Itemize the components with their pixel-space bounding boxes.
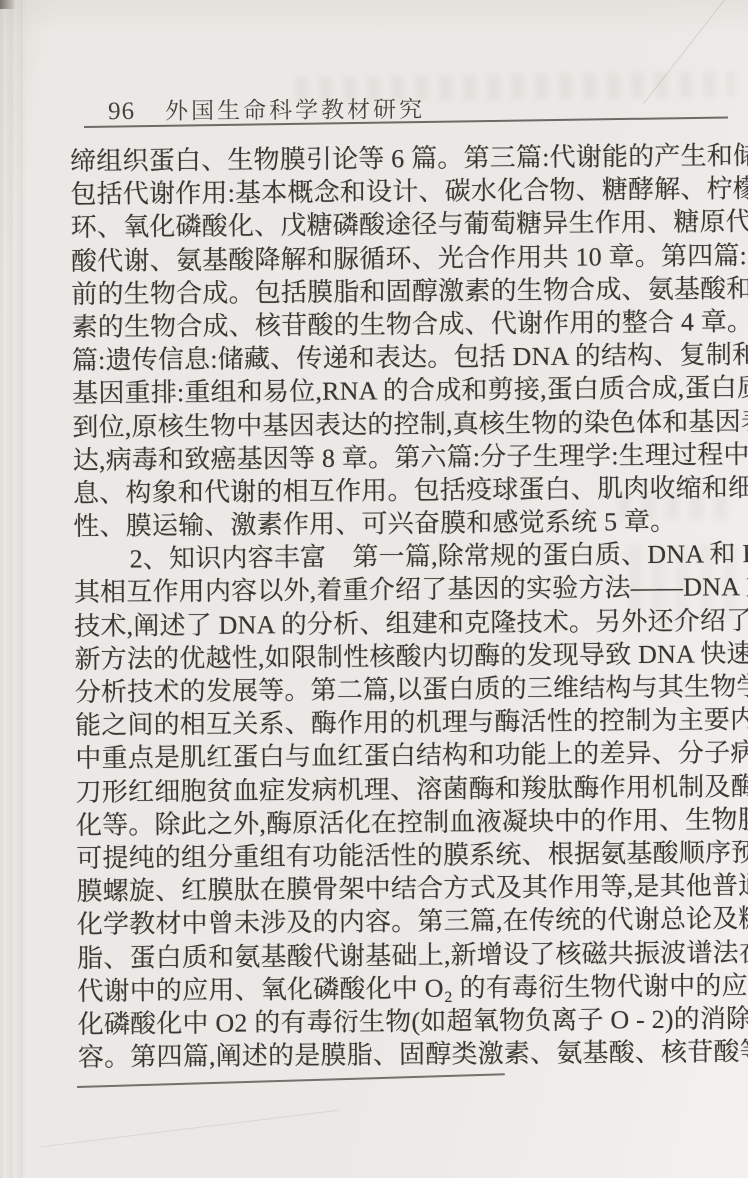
page-number: 96 — [108, 98, 135, 126]
running-title: 外国生命科学教材研究 — [165, 91, 425, 126]
text-line: 前的生物合成。包括膜脂和固醇激素的生物合成、氨基酸和血红 — [71, 272, 717, 311]
text-line: 缔组织蛋白、生物膜引论等 6 篇。第三篇:代谢能的产生和储藏。 — [70, 139, 716, 178]
text-line: 酸代谢、氨基酸降解和脲循环、光合作用共 10 章。第四篇:大分子 — [71, 239, 717, 278]
page-crease-top-right — [643, 0, 736, 104]
text-line: 包括代谢作用:基本概念和设计、碳水化合物、糖酵解、柠檬酸循 — [70, 173, 716, 212]
text-line: 能之间的相互关系、酶作用的机理与酶活性的控制为主要内容,其 — [75, 704, 721, 743]
text-line: 到位,原核生物中基因表达的控制,真核生物的染色体和基因表 — [72, 405, 718, 444]
text-line: 化等。除此之外,酶原活化在控制血液凝块中的作用、生物膜中用 — [76, 803, 722, 842]
page-crease-bottom-left — [41, 1110, 339, 1148]
text-line: 分析技术的发展等。第二篇,以蛋白质的三维结构与其生物学功 — [75, 670, 721, 709]
text-line: 基因重排:重组和易位,RNA 的合成和剪接,蛋白质合成,蛋白质 — [72, 372, 718, 411]
text-line: 化磷酸化中 O2 的有毒衍生物(如超氧物负离子 O - 2)的消除等内 — [78, 1002, 724, 1041]
body-text-block: 缔组织蛋白、生物膜引论等 6 篇。第三篇:代谢能的产生和储藏。包括代谢作用:基本… — [70, 139, 724, 1074]
book-page-scan: 96 外国生命科学教材研究 缔组织蛋白、生物膜引论等 6 篇。第三篇:代谢能的产… — [0, 0, 748, 1178]
text-line: 息、构象和代谢的相互作用。包括疫球蛋白、肌肉收缩和细胞游动 — [73, 471, 719, 510]
text-line: 化学教材中曾未涉及的内容。第三篇,在传统的代谢总论及糖、 — [77, 903, 723, 942]
scan-left-edge-shading — [0, 0, 26, 1178]
text-line: 环、氧化磷酸化、戊糖磷酸途径与葡萄糖异生作用、糖原代谢、脂肪 — [71, 206, 717, 245]
text-line: 代谢中的应用、氧化磷酸化中 O₂ 的有毒衍生物代谢中的应用、氧 — [77, 969, 723, 1008]
text-line: 篇:遗传信息:储藏、传递和表达。包括 DNA 的结构、复制和修复, — [72, 338, 718, 377]
text-line: 中重点是肌红蛋白与血红蛋白结构和功能上的差异、分子病—镰 — [75, 737, 721, 776]
text-line: 技术,阐述了 DNA 的分析、组建和克隆技术。另外还介绍了这些 — [74, 604, 720, 643]
text-line: 达,病毒和致癌基因等 8 章。第六篇:分子生理学:生理过程中信 — [73, 438, 719, 477]
text-line: 刀形红细胞贫血症发病机理、溶菌酶和羧肽酶作用机制及酶原活 — [76, 770, 722, 809]
text-line: 2、知识内容丰富 第一篇,除常规的蛋白质、DNA 和 RNA 及 — [73, 538, 719, 577]
text-line: 容。第四篇,阐述的是膜脂、固醇类激素、氨基酸、核苷酸等的生物 — [78, 1035, 724, 1074]
footnote-rule — [77, 1073, 505, 1088]
text-line: 新方法的优越性,如限制性核酸内切酶的发现导致 DNA 快速顺序 — [74, 637, 720, 676]
text-line: 膜螺旋、红膜肽在膜骨架中结合方式及其作用等,是其他普通生物 — [76, 869, 722, 908]
text-line: 可提纯的组分重组有功能活性的膜系统、根据氨基酸顺序预测跨 — [76, 836, 722, 875]
text-line: 性、膜运输、激素作用、可兴奋膜和感觉系统 5 章。 — [73, 504, 719, 543]
text-line: 素的生物合成、核苷酸的生物合成、代谢作用的整合 4 章。第五 — [71, 305, 717, 344]
text-line: 其相互作用内容以外,着重介绍了基因的实验方法——DNA 重组 — [74, 571, 720, 610]
text-line: 脂、蛋白质和氨基酸代谢基础上,新增设了核磁共振波谱法在生物 — [77, 936, 723, 975]
